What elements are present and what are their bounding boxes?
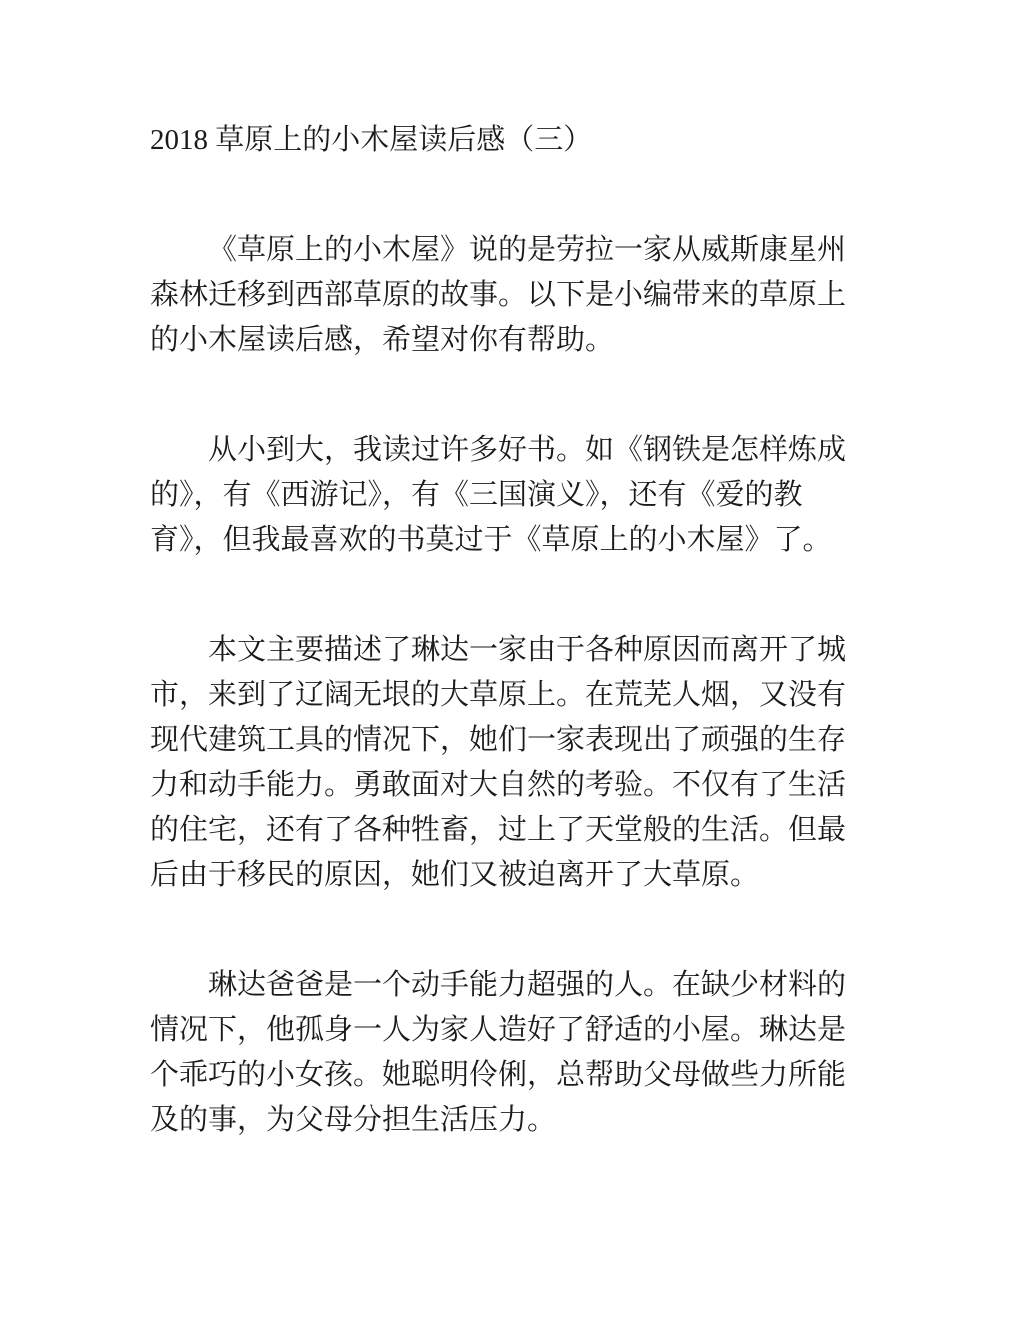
paragraph-line: 的》，有《西游记》，有《三国演义》，还有《爱的教 bbox=[150, 473, 890, 518]
paragraph-line: 《草原上的小木屋》说的是劳拉一家从威斯康星州 bbox=[150, 228, 890, 273]
paragraph-line: 后由于移民的原因，她们又被迫离开了大草原。 bbox=[150, 853, 890, 898]
paragraph-line: 的住宅，还有了各种牲畜，过上了天堂般的生活。但最 bbox=[150, 808, 890, 853]
paragraph-line: 现代建筑工具的情况下，她们一家表现出了顽强的生存 bbox=[150, 718, 890, 763]
paragraph-line: 育》，但我最喜欢的书莫过于《草原上的小木屋》了。 bbox=[150, 518, 890, 563]
document-title: 2018 草原上的小木屋读后感（三） bbox=[150, 118, 890, 163]
paragraph-3: 本文主要描述了琳达一家由于各种原因而离开了城 市，来到了辽阔无垠的大草原上。在荒… bbox=[150, 628, 890, 898]
paragraph-line: 及的事，为父母分担生活压力。 bbox=[150, 1098, 890, 1143]
paragraph-1: 《草原上的小木屋》说的是劳拉一家从威斯康星州 森林迁移到西部草原的故事。以下是小… bbox=[150, 228, 890, 363]
paragraph-line: 个乖巧的小女孩。她聪明伶俐，总帮助父母做些力所能 bbox=[150, 1053, 890, 1098]
paragraph-line: 力和动手能力。勇敢面对大自然的考验。不仅有了生活 bbox=[150, 763, 890, 808]
paragraph-line: 森林迁移到西部草原的故事。以下是小编带来的草原上 bbox=[150, 273, 890, 318]
paragraph-line: 市，来到了辽阔无垠的大草原上。在荒芜人烟，又没有 bbox=[150, 673, 890, 718]
paragraph-line: 琳达爸爸是一个动手能力超强的人。在缺少材料的 bbox=[150, 963, 890, 1008]
document-page: 2018 草原上的小木屋读后感（三） 《草原上的小木屋》说的是劳拉一家从威斯康星… bbox=[0, 0, 1020, 1320]
paragraph-line: 从小到大，我读过许多好书。如《钢铁是怎样炼成 bbox=[150, 428, 890, 473]
paragraph-line: 本文主要描述了琳达一家由于各种原因而离开了城 bbox=[150, 628, 890, 673]
paragraph-2: 从小到大，我读过许多好书。如《钢铁是怎样炼成 的》，有《西游记》，有《三国演义》… bbox=[150, 428, 890, 563]
paragraph-line: 的小木屋读后感，希望对你有帮助。 bbox=[150, 318, 890, 363]
paragraph-line: 情况下，他孤身一人为家人造好了舒适的小屋。琳达是 bbox=[150, 1008, 890, 1053]
paragraph-4: 琳达爸爸是一个动手能力超强的人。在缺少材料的 情况下，他孤身一人为家人造好了舒适… bbox=[150, 963, 890, 1143]
